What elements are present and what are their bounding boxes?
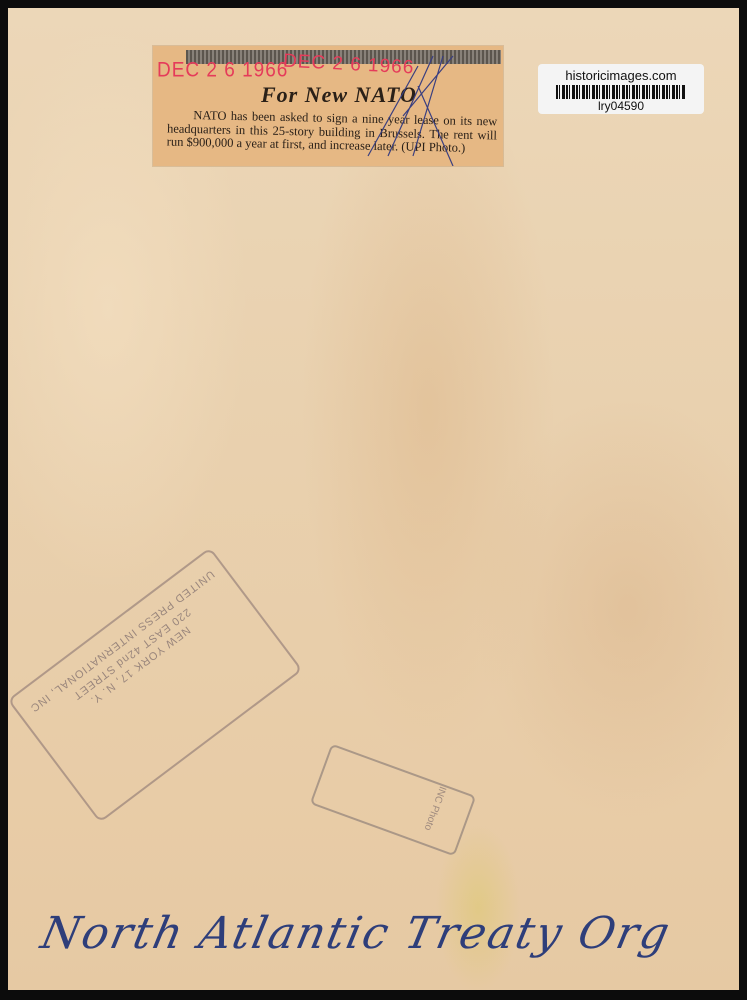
barcode	[556, 85, 686, 99]
newspaper-clipping: DEC 2 6 1966 DEC 2 6 1966 For New NATO N…	[153, 46, 503, 166]
label-site: historicimages.com	[538, 68, 704, 83]
small-stamp: INC Photo	[310, 744, 477, 857]
archive-barcode-label: historicimages.com lry04590	[538, 64, 704, 114]
pen-strike-marks	[153, 46, 503, 166]
photo-back-paper: DEC 2 6 1966 DEC 2 6 1966 For New NATO N…	[8, 8, 739, 990]
upi-stamp-line3: NEW YORK 17, N. Y.	[45, 591, 236, 739]
small-stamp-text: INC Photo	[422, 785, 448, 832]
upi-stamp-line1: UNITED PRESS INTERNATIONAL, INC	[26, 567, 217, 715]
upi-stamp-line2: 220 EAST 42nd STREET	[36, 580, 227, 728]
handwritten-caption: North Atlantic Treaty Org	[37, 908, 676, 959]
label-code: lry04590	[538, 99, 704, 113]
upi-stamp: UNITED PRESS INTERNATIONAL, INC 220 EAST…	[7, 547, 303, 823]
